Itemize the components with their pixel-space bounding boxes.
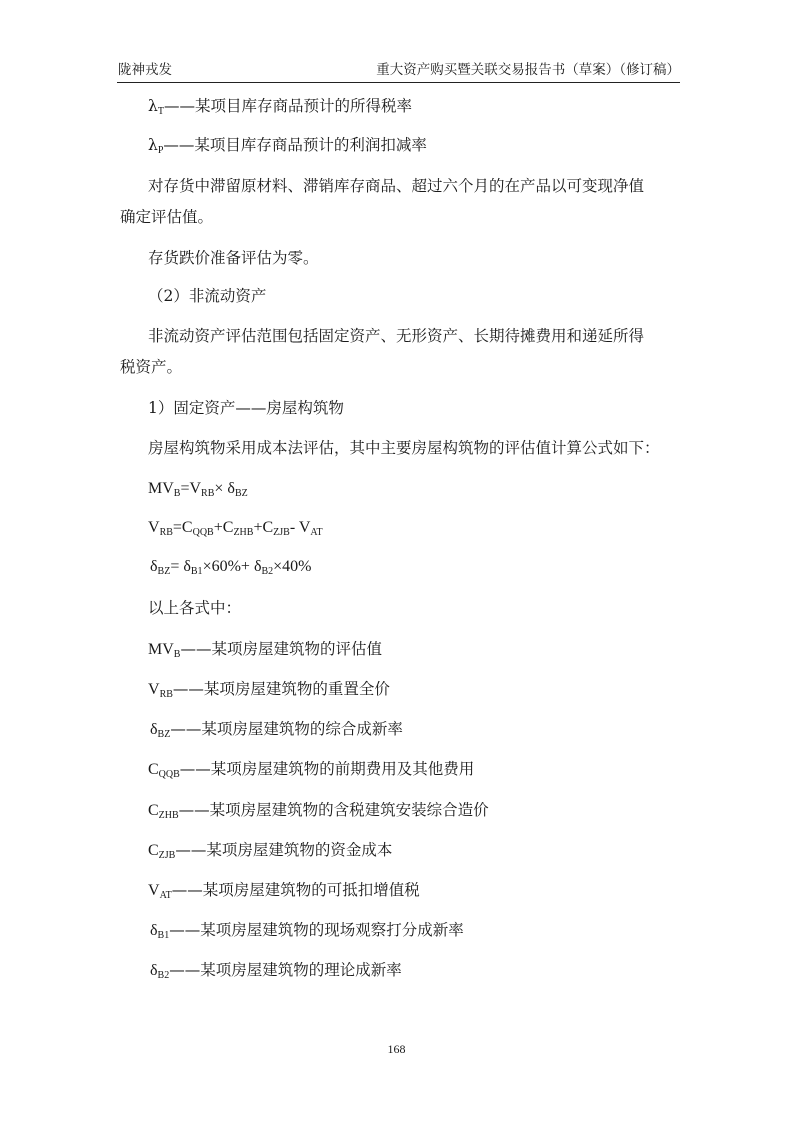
definition-lambda-t: λT——某项目库存商品预计的所得税率 [148,96,412,116]
definition-delta-bz: δBZ——某项房屋建筑物的综合成新率 [150,719,403,740]
definition-text: ——某项房屋建筑物的资金成本 [175,841,392,859]
formula-term: MV [148,480,174,497]
symbol: δ [150,721,158,738]
definition-czjb: CZJB——某项房屋建筑物的资金成本 [148,840,392,861]
where-label: 以上各式中： [148,598,241,618]
symbol: C [148,802,159,819]
definition-vat: VAT——某项房屋建筑物的可抵扣增值税 [148,880,420,901]
symbol: V [148,681,160,698]
definition-mvb: MVB——某项房屋建筑物的评估值 [148,639,382,660]
definition-text: ——某项房屋建筑物的前期费用及其他费用 [180,760,475,778]
definition-delta-b1: δB1——某项房屋建筑物的现场观察打分成新率 [150,920,464,941]
page-header: 陇神戎发 重大资产购买暨关联交易报告书（草案）（修订稿） [117,58,680,83]
formula-term: ×40% [273,558,311,575]
formula-term: × δ [214,480,235,497]
symbol: δ [150,962,158,979]
definition-text: ——某项目库存商品预计的所得税率 [164,97,412,115]
subscript: B1 [191,566,203,577]
subscript: BZ [235,488,248,499]
symbol: λ [148,97,158,115]
formula-2: VRB=CQQB+CZHB+CZJB- VAT [148,518,323,538]
subscript: ZJB [273,527,290,538]
formula-term: δ [150,558,158,575]
definition-vrb: VRB——某项房屋建筑物的重置全价 [148,679,390,700]
subscript: AT [310,527,322,538]
formula-term: ×60%+ δ [203,558,262,575]
section-heading-non-current-assets: （2）非流动资产 [148,286,266,306]
subscript: ZJB [159,850,176,861]
definition-text: ——某项目库存商品预计的利润扣减率 [163,136,427,154]
formula-term: V [148,519,160,536]
subscript: RB [201,488,214,499]
formula-3: δBZ= δB1×60%+ δB2×40% [150,557,312,577]
paragraph-3-line-2: 税资产。 [120,357,182,377]
symbol: V [148,882,160,899]
header-company: 陇神戎发 [118,58,172,78]
formula-term: +C [214,519,234,536]
symbol: C [148,761,159,778]
subscript: ZHB [233,527,253,538]
page-number: 168 [0,1042,793,1057]
subscript: B2 [261,566,273,577]
symbol: C [148,842,159,859]
definition-text: ——某项房屋建筑物的可抵扣增值税 [172,881,420,899]
definition-text: ——某项房屋建筑物的综合成新率 [170,720,403,738]
subscript: ZHB [159,810,179,821]
definition-lambda-p: λP——某项目库存商品预计的利润扣减率 [148,135,427,155]
definition-delta-b2: δB2——某项房屋建筑物的理论成新率 [150,960,402,981]
paragraph-4: 房屋构筑物采用成本法评估，其中主要房屋构筑物的评估值计算公式如下： [148,438,660,458]
definition-text: ——某项房屋建筑物的重置全价 [173,680,390,698]
subscript: B2 [158,970,170,981]
formula-term: =C [173,519,193,536]
subscript: QQB [159,769,180,780]
subscript: BZ [158,729,171,740]
formula-term: = δ [170,558,191,575]
symbol: λ [148,136,158,154]
subscript: B1 [158,930,170,941]
subscript: RB [160,689,173,700]
formula-1: MVB=VRB× δBZ [148,479,248,499]
definition-text: ——某项房屋建筑物的理论成新率 [169,961,402,979]
subscript: QQB [193,527,214,538]
definition-text: ——某项房屋建筑物的现场观察打分成新率 [169,921,464,939]
formula-term: - V [290,519,311,536]
paragraph-1-line-1: 对存货中滞留原材料、滞销库存商品、超过六个月的在产品以可变现净值 [148,176,644,196]
formula-term: =V [180,480,201,497]
formula-term: +C [253,519,273,536]
subscript: BZ [158,566,171,577]
subscript: AT [160,890,172,901]
definition-czhb: CZHB——某项房屋建筑物的含税建筑安装综合造价 [148,800,489,821]
symbol: MV [148,641,174,658]
header-document-title: 重大资产购买暨关联交易报告书（草案）（修订稿） [376,58,680,78]
paragraph-3-line-1: 非流动资产评估范围包括固定资产、无形资产、长期待摊费用和递延所得 [148,326,644,346]
subsection-heading-fixed-assets: 1）固定资产——房屋构筑物 [148,398,344,418]
subscript: RB [160,527,173,538]
definition-text: ——某项房屋建筑物的评估值 [180,640,382,658]
definition-cqqb: CQQB——某项房屋建筑物的前期费用及其他费用 [148,759,474,780]
paragraph-2: 存货跌价准备评估为零。 [148,248,319,268]
symbol: δ [150,922,158,939]
definition-text: ——某项房屋建筑物的含税建筑安装综合造价 [179,801,489,819]
paragraph-1-line-2: 确定评估值。 [120,207,213,227]
